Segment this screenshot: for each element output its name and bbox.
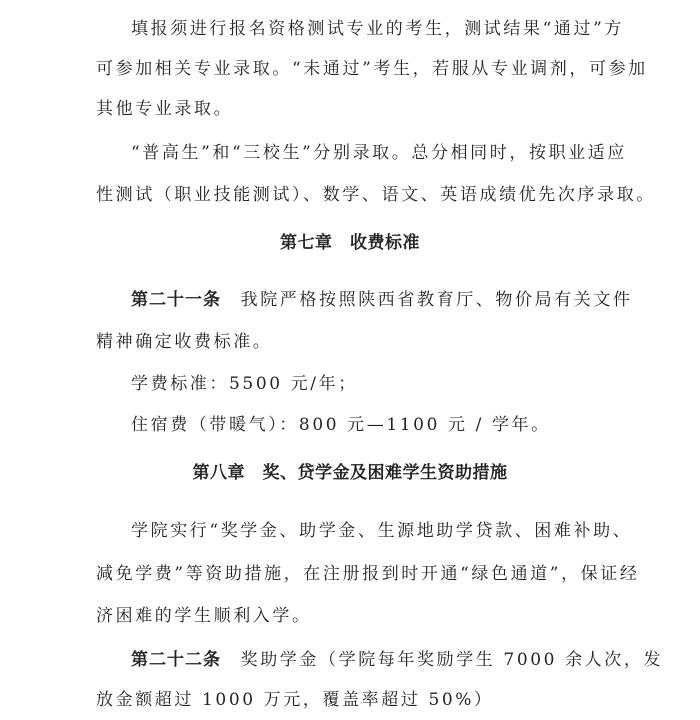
- article21-line2: 精神确定收费标准。: [96, 330, 272, 354]
- article22-text: 奖助学金（学院每年奖励学生 7000 余人次，发: [221, 650, 663, 670]
- dorm-fee-line: 住宿费（带暖气）：800 元—1100 元 / 学年。: [131, 413, 551, 437]
- tuition-line: 学费标准：5500 元/年；: [131, 372, 358, 396]
- para3-line3: 济困难的学生顺利入学。: [96, 604, 312, 628]
- para2-line2: 性测试（职业技能测试）、数学、语文、英语成绩优先次序录取。: [96, 183, 656, 207]
- chapter7-title: 第七章 收费标准: [0, 231, 700, 255]
- para3-line2: 减免学费”等资助措施，在注册报到时开通“绿色通道”，保证经: [96, 562, 639, 586]
- para3-line1: 学院实行“奖学金、助学金、生源地助学贷款、困难补助、: [131, 519, 632, 543]
- para1-line2: 可参加相关专业录取。“未通过”考生，若服从专业调剂，可参加: [96, 57, 648, 81]
- para1-line1: 填报须进行报名资格测试专业的考生，测试结果“通过”方: [131, 17, 624, 41]
- article22-line2: 放金额超过 1000 万元，覆盖率超过 50%）: [96, 688, 494, 712]
- article21-line1: 第二十一条 我院严格按照陕西省教育厅、物价局有关文件: [131, 288, 633, 312]
- article22-label: 第二十二条: [131, 650, 221, 670]
- chapter8-title: 第八章 奖、贷学金及困难学生资助措施: [0, 461, 700, 485]
- para2-line1: “普高生”和“三校生”分别录取。总分相同时，按职业适应: [131, 141, 627, 165]
- article21-label: 第二十一条: [131, 290, 221, 310]
- article22-line1: 第二十二条 奖助学金（学院每年奖励学生 7000 余人次，发: [131, 648, 663, 672]
- article21-text: 我院严格按照陕西省教育厅、物价局有关文件: [221, 290, 633, 310]
- para1-line3: 其他专业录取。: [96, 97, 233, 121]
